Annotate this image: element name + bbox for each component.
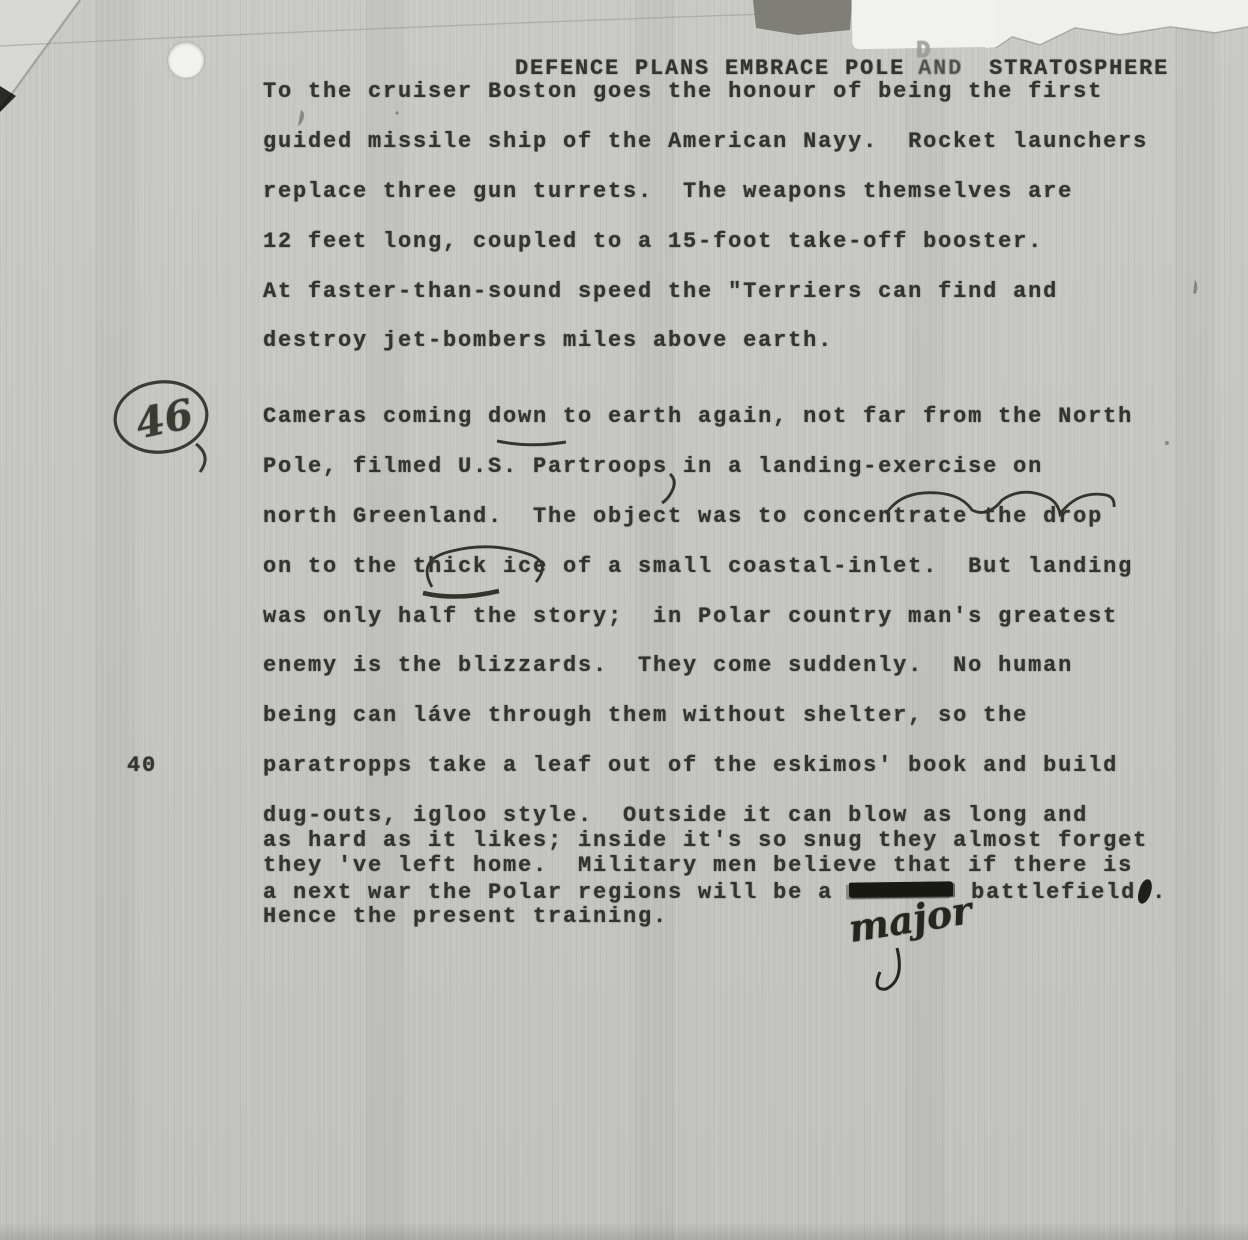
dark-tear-patch	[753, 0, 852, 35]
margin-page-number: 40	[127, 753, 157, 778]
typed-line: on to the thick ice of a small coastal-i…	[263, 554, 1133, 604]
hole-punch	[168, 42, 204, 78]
typed-text: battlefield	[956, 880, 1136, 905]
circled-number-text: 46	[132, 390, 198, 449]
title-left: DEFENCE PLANS EMBRACE POLE	[515, 56, 905, 81]
paragraph-3: dug-outs, igloo style. Outside it can bl…	[263, 803, 1167, 929]
typed-text: a next war the Polar regions will be a	[263, 880, 848, 905]
typed-line: was only half the story; in Polar countr…	[263, 604, 1133, 654]
typed-line: paratropps take a leaf out of the eskimo…	[263, 753, 1133, 803]
typed-line: being can láve through them without shel…	[263, 703, 1133, 753]
typed-line: dug-outs, igloo style. Outside it can bl…	[263, 803, 1167, 828]
circled-number-annotation: 46	[111, 377, 211, 472]
typescript-page: DEFENCE PLANS EMBRACE POLEANDSTRATOSPHER…	[0, 0, 1248, 1240]
typed-line: 12 feet long, coupled to a 15-foot take-…	[263, 229, 1148, 279]
typed-line: they 've left home. Military men believe…	[263, 853, 1167, 878]
typed-line: At faster-than-sound speed the "Terriers…	[263, 279, 1148, 329]
title-obscured-word: AND	[918, 56, 963, 81]
typed-line: Pole, filmed U.S. Partroops in a landing…	[263, 454, 1133, 504]
typed-line: replace three gun turrets. The weapons t…	[263, 179, 1148, 229]
title-right: STRATOSPHERE	[989, 56, 1169, 81]
crossed-out-word	[849, 881, 953, 897]
paragraph-1: To the cruiser Boston goes the honour of…	[263, 79, 1148, 378]
typed-line: Hence the present training.	[263, 904, 1167, 929]
typed-line: destroy jet-bombers miles above earth.	[263, 328, 1148, 378]
paragraph-2: Cameras coming down to earth again, not …	[263, 404, 1133, 803]
folded-corner	[0, 0, 80, 110]
typed-line: guided missile ship of the American Nayy…	[263, 129, 1148, 179]
typed-line: Cameras coming down to earth again, not …	[263, 404, 1133, 454]
typed-line: a next war the Polar regions will be a b…	[263, 879, 1167, 904]
typed-line: as hard as it likes; inside it's so snug…	[263, 828, 1167, 853]
typed-line: north Greenland. The object was to conce…	[263, 504, 1133, 554]
typed-line: enemy is the blizzards. They come sudden…	[263, 653, 1133, 703]
typed-line: To the cruiser Boston goes the honour of…	[263, 79, 1148, 129]
typed-text: .	[1152, 880, 1167, 905]
